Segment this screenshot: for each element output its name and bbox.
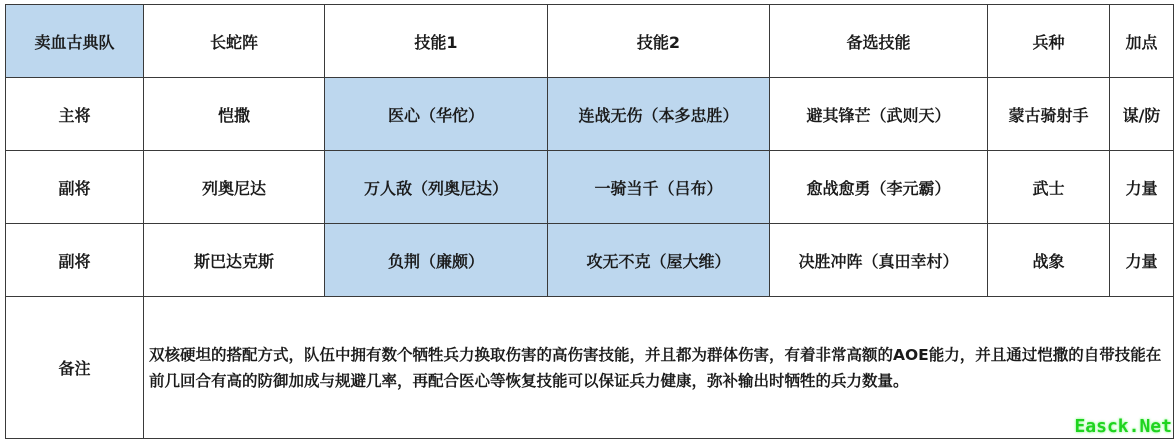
header-skill2: 技能2 <box>548 5 770 78</box>
alt-skill-cell: 避其锋芒（武则天） <box>770 78 988 151</box>
stat-points-cell: 力量 <box>1110 151 1174 224</box>
notes-row: 备注 双核硬坦的搭配方式，队伍中拥有数个牺牲兵力换取伤害的高伤害技能，并且都为群… <box>6 297 1174 439</box>
alt-skill-cell: 愈战愈勇（李元霸） <box>770 151 988 224</box>
role-cell: 主将 <box>6 78 144 151</box>
watermark: Easck.Net <box>1074 416 1172 437</box>
skill2-cell: 一骑当千（吕布） <box>548 151 770 224</box>
table-row: 副将 斯巴达克斯 负荆（廉颇） 攻无不克（屋大维） 决胜冲阵（真田幸村） 战象 … <box>6 224 1174 297</box>
unit-type-cell: 武士 <box>988 151 1110 224</box>
role-cell: 副将 <box>6 224 144 297</box>
header-stat-points: 加点 <box>1110 5 1174 78</box>
stat-points-cell: 谋/防 <box>1110 78 1174 151</box>
skill2-cell: 攻无不克（屋大维） <box>548 224 770 297</box>
skill1-cell: 万人敌（列奥尼达） <box>325 151 548 224</box>
stat-points-cell: 力量 <box>1110 224 1174 297</box>
header-row: 卖血古典队 长蛇阵 技能1 技能2 备选技能 兵种 加点 <box>6 5 1174 78</box>
general-cell: 列奥尼达 <box>144 151 325 224</box>
notes-label: 备注 <box>6 297 144 439</box>
skill1-cell: 医心（华佗） <box>325 78 548 151</box>
header-unit-type: 兵种 <box>988 5 1110 78</box>
header-alt-skill: 备选技能 <box>770 5 988 78</box>
lineup-table: 卖血古典队 长蛇阵 技能1 技能2 备选技能 兵种 加点 主将 恺撒 医心（华佗… <box>5 4 1174 439</box>
team-name-cell: 卖血古典队 <box>6 5 144 78</box>
alt-skill-cell: 决胜冲阵（真田幸村） <box>770 224 988 297</box>
unit-type-cell: 蒙古骑射手 <box>988 78 1110 151</box>
table-row: 副将 列奥尼达 万人敌（列奥尼达） 一骑当千（吕布） 愈战愈勇（李元霸） 武士 … <box>6 151 1174 224</box>
header-skill1: 技能1 <box>325 5 548 78</box>
table-row: 主将 恺撒 医心（华佗） 连战无伤（本多忠胜） 避其锋芒（武则天） 蒙古骑射手 … <box>6 78 1174 151</box>
skill1-cell: 负荆（廉颇） <box>325 224 548 297</box>
notes-text: 双核硬坦的搭配方式，队伍中拥有数个牺牲兵力换取伤害的高伤害技能，并且都为群体伤害… <box>144 297 1174 439</box>
skill2-cell: 连战无伤（本多忠胜） <box>548 78 770 151</box>
general-cell: 恺撒 <box>144 78 325 151</box>
formation-cell: 长蛇阵 <box>144 5 325 78</box>
unit-type-cell: 战象 <box>988 224 1110 297</box>
general-cell: 斯巴达克斯 <box>144 224 325 297</box>
role-cell: 副将 <box>6 151 144 224</box>
